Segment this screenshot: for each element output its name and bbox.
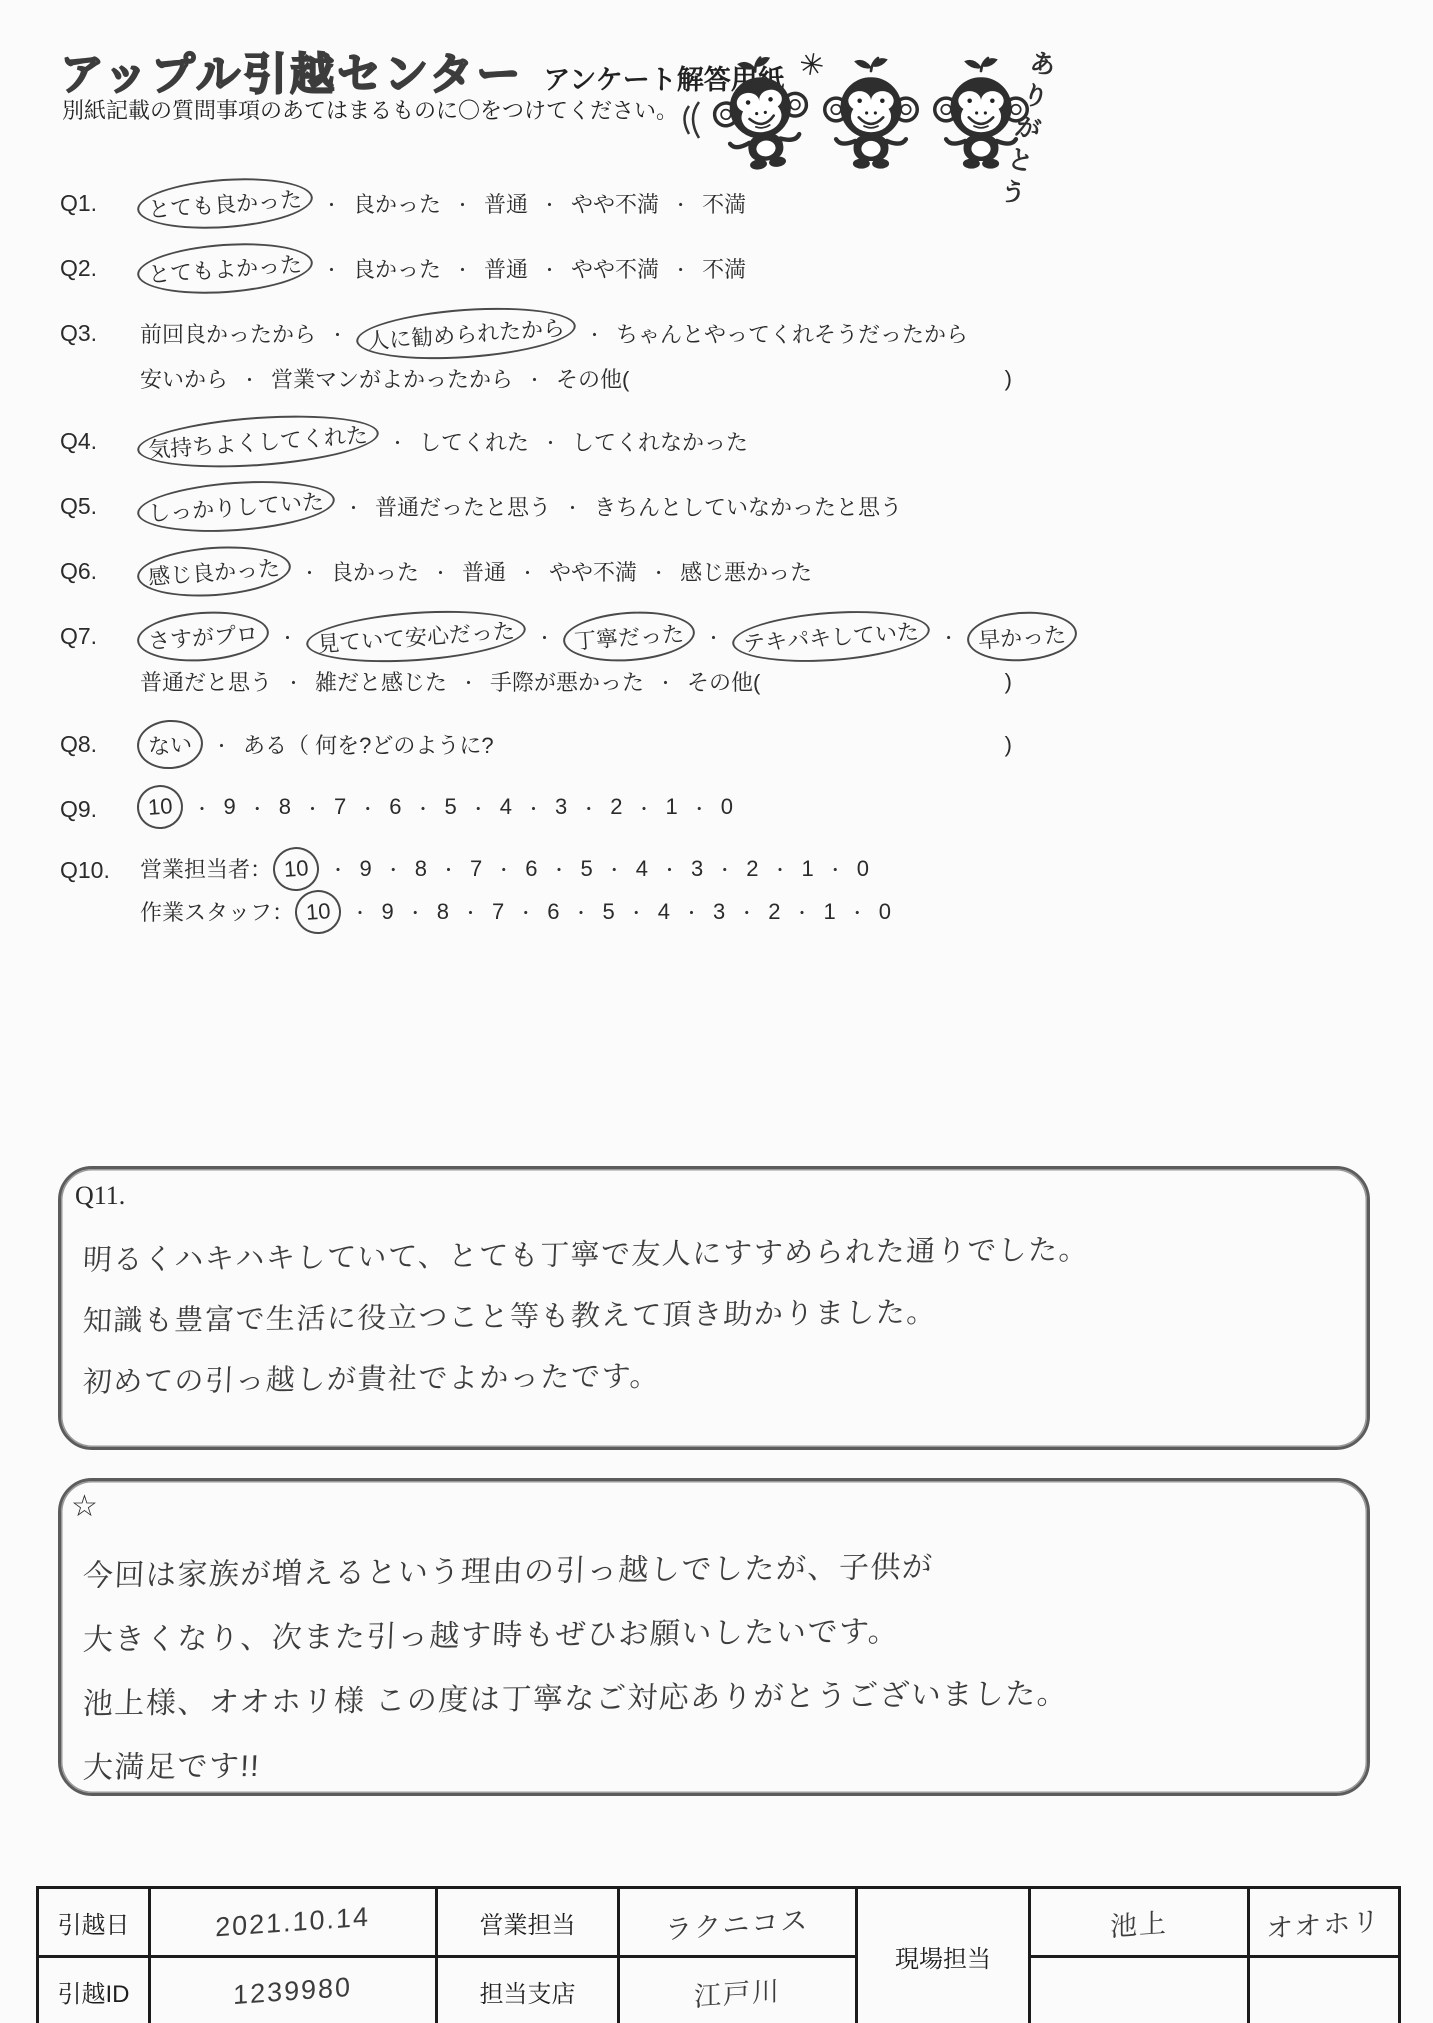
answer-option: きちんとしていなかったと思う bbox=[594, 491, 902, 522]
answer-option: 5 bbox=[581, 856, 593, 882]
question-block: Q2.とてもよかった・良かった・普通・やや不満・不満 bbox=[60, 251, 1390, 286]
option-separator: ・ bbox=[781, 899, 824, 924]
handwritten-value: ラクニコス bbox=[665, 1897, 809, 1946]
survey-sheet: アップル引越センター アンケート解答用紙 別紙記載の質問事項のあてはまるものに〇… bbox=[0, 0, 1433, 2023]
answer-option: ちゃんとやってくれそうだったから bbox=[616, 318, 968, 349]
selected-answer-option: とてもよかった bbox=[136, 238, 315, 299]
answer-option: 9 bbox=[360, 856, 372, 882]
handwritten-line: 大満足です!! bbox=[82, 1729, 1368, 1786]
answer-option: 1 bbox=[802, 856, 814, 882]
option-separator: ・ bbox=[457, 795, 500, 820]
comment-box: ☆今回は家族が増えるという理由の引っ越しでしたが、子供が大きくなり、次また引っ越… bbox=[58, 1478, 1370, 1796]
question-lines: 気持ちよくしてくれた・してくれた・してくれなかった bbox=[140, 424, 748, 459]
question-line: とても良かった・良かった・普通・やや不満・不満 bbox=[140, 186, 746, 221]
option-separator: ・ bbox=[419, 559, 462, 584]
selected-answer-option: 感じ良かった bbox=[135, 542, 292, 602]
answer-option: 3 bbox=[713, 899, 725, 925]
table-value-cell: 池上 bbox=[1030, 1888, 1249, 1957]
option-separator: ・ bbox=[648, 856, 691, 881]
option-separator: ・ bbox=[316, 321, 359, 346]
answer-option: 7 bbox=[334, 794, 346, 820]
option-separator: ・ bbox=[692, 624, 735, 649]
question-label: Q9. bbox=[60, 792, 140, 823]
answer-option: 0 bbox=[879, 899, 891, 925]
answer-option: 4 bbox=[658, 899, 670, 925]
question-line: 気持ちよくしてくれた・してくれた・してくれなかった bbox=[140, 424, 748, 459]
question-line: 安いから・営業マンがよかったから・その他() bbox=[140, 363, 1012, 394]
table-value-cell: ラクニコス bbox=[619, 1888, 857, 1957]
answer-option: その他( bbox=[687, 666, 760, 697]
questions-section: Q1.とても良かった・良かった・普通・やや不満・不満Q2.とてもよかった・良かっ… bbox=[60, 186, 1390, 957]
option-separator: ・ bbox=[523, 624, 566, 649]
selected-answer-option: 人に勧められたから bbox=[355, 301, 578, 365]
question-lines: 感じ良かった・良かった・普通・やや不満・感じ悪かった bbox=[140, 554, 812, 589]
question-block: Q6.感じ良かった・良かった・普通・やや不満・感じ悪かった bbox=[60, 554, 1390, 589]
answer-option: 9 bbox=[382, 899, 394, 925]
handwritten-value: 1239980 bbox=[234, 1971, 353, 2010]
answer-option: やや不満 bbox=[571, 188, 659, 219]
question-lines: しっかりしていた・普通だったと思う・きちんとしていなかったと思う bbox=[140, 489, 902, 524]
answer-option: 7 bbox=[492, 899, 504, 925]
answer-option: 0 bbox=[857, 856, 869, 882]
selected-answer-option: 丁寧だった bbox=[561, 607, 696, 665]
answer-option: 6 bbox=[547, 899, 559, 925]
option-separator: ・ bbox=[622, 795, 665, 820]
question-label: Q4. bbox=[60, 424, 140, 459]
table-header-cell: 引越日 bbox=[38, 1888, 150, 1957]
answer-option: 4 bbox=[500, 794, 512, 820]
motion-lines-icon bbox=[679, 98, 709, 144]
answer-option: 6 bbox=[525, 856, 537, 882]
question-block: Q1.とても良かった・良かった・普通・やや不満・不満 bbox=[60, 186, 1390, 221]
option-separator: ・ bbox=[927, 624, 970, 649]
answer-option: 1 bbox=[824, 899, 836, 925]
option-separator: ・ bbox=[394, 899, 437, 924]
question-block: Q9.10・9・8・7・6・5・4・3・2・1・0 bbox=[60, 792, 1390, 823]
answer-option: 1 bbox=[665, 794, 677, 820]
option-separator: ・ bbox=[703, 856, 746, 881]
table-value-cell bbox=[1249, 1957, 1400, 2023]
question-line: 感じ良かった・良かった・普通・やや不満・感じ悪かった bbox=[140, 554, 812, 589]
answer-option: 感じ悪かった bbox=[680, 556, 812, 587]
option-separator: ・ bbox=[529, 429, 572, 454]
table-value-cell bbox=[1030, 1957, 1249, 2023]
option-separator: ・ bbox=[427, 856, 470, 881]
option-separator: ・ bbox=[573, 321, 616, 346]
option-separator: ・ bbox=[346, 795, 389, 820]
question-label: Q3. bbox=[60, 316, 140, 394]
option-group-label: 作業スタッフ： bbox=[140, 896, 294, 927]
answer-option: 2 bbox=[768, 899, 780, 925]
selected-answer-option: テキパキしていた bbox=[731, 605, 932, 668]
option-separator: ・ bbox=[401, 795, 444, 820]
option-separator: ・ bbox=[659, 191, 702, 216]
option-separator: ・ bbox=[339, 899, 382, 924]
handwritten-value: 江戸川 bbox=[694, 1968, 781, 2013]
selected-answer-option: しっかりしていた bbox=[136, 475, 337, 538]
answer-option: 4 bbox=[636, 856, 648, 882]
question-line: とてもよかった・良かった・普通・やや不満・不満 bbox=[140, 251, 746, 286]
selected-answer-option: 10 bbox=[136, 783, 185, 830]
handwritten-value: 2021.10.14 bbox=[216, 1901, 371, 1943]
instruction-text: 別紙記載の質問事項のあてはまるものに〇をつけてください。 bbox=[62, 94, 678, 125]
answer-option: 不満 bbox=[702, 253, 746, 284]
comment-box-label: Q11. bbox=[75, 1181, 1367, 1211]
answer-option: やや不満 bbox=[549, 556, 637, 587]
option-separator: ・ bbox=[266, 624, 309, 649]
option-separator: ・ bbox=[836, 899, 879, 924]
option-separator: ・ bbox=[441, 256, 484, 281]
option-separator: ・ bbox=[272, 669, 315, 694]
selected-answer-option: 早かった bbox=[965, 608, 1078, 665]
answer-option: 普通 bbox=[462, 556, 506, 587]
table-header-cell: 現場担当 bbox=[857, 1888, 1030, 2023]
header: アップル引越センター アンケート解答用紙 bbox=[60, 38, 785, 102]
question-line: さすがプロ・見ていて安心だった・丁寧だった・テキパキしていた・早かった bbox=[140, 619, 1074, 654]
question-line: ない・ある（ 何を?どのように?) bbox=[140, 727, 1012, 762]
answer-option: 普通だったと思う bbox=[375, 491, 551, 522]
mascot-group: ✳ bbox=[695, 46, 1035, 196]
answer-option: 5 bbox=[444, 794, 456, 820]
option-separator: ・ bbox=[236, 795, 279, 820]
question-lines: とても良かった・良かった・普通・やや不満・不満 bbox=[140, 186, 746, 221]
option-separator: ・ bbox=[670, 899, 713, 924]
question-line: 前回良かったから・人に勧められたから・ちゃんとやってくれそうだったから bbox=[140, 316, 1012, 351]
question-block: Q10.営業担当者：10・9・8・7・6・5・4・3・2・1・0作業スタッフ：1… bbox=[60, 853, 1390, 927]
handwritten-line: 大きくなり、次また引っ越す時もぜひお願いしたいです。 bbox=[82, 1601, 1368, 1658]
answer-option: 営業マンがよかったから bbox=[271, 363, 513, 394]
question-lines: 10・9・8・7・6・5・4・3・2・1・0 bbox=[140, 792, 733, 823]
question-label: Q5. bbox=[60, 489, 140, 524]
question-lines: ない・ある（ 何を?どのように?) bbox=[140, 727, 1012, 762]
answer-option: やや不満 bbox=[571, 253, 659, 284]
answer-option: 3 bbox=[691, 856, 703, 882]
option-separator: ・ bbox=[310, 256, 353, 281]
comment-box-label: ☆ bbox=[71, 1489, 1367, 1524]
question-line: しっかりしていた・普通だったと思う・きちんとしていなかったと思う bbox=[140, 489, 902, 524]
answer-option: してくれなかった bbox=[572, 426, 748, 457]
question-label: Q7. bbox=[60, 619, 140, 697]
handwritten-line: 今回は家族が増えるという理由の引っ越しでしたが、子供が bbox=[82, 1537, 1368, 1594]
answer-option: 8 bbox=[415, 856, 427, 882]
brand-logo: アップル引越センター bbox=[60, 38, 523, 102]
option-separator: ・ bbox=[814, 856, 857, 881]
selected-answer-option: 10 bbox=[294, 888, 343, 935]
answer-option: 3 bbox=[555, 794, 567, 820]
answer-option: 安いから bbox=[140, 363, 228, 394]
selected-answer-option: とても良かった bbox=[136, 173, 315, 234]
option-separator: ・ bbox=[593, 856, 636, 881]
option-separator: ・ bbox=[512, 795, 555, 820]
question-block: Q3.前回良かったから・人に勧められたから・ちゃんとやってくれそうだったから安い… bbox=[60, 316, 1390, 394]
option-separator: ・ bbox=[180, 795, 223, 820]
closing-paren: ) bbox=[1005, 366, 1012, 392]
question-line: 10・9・8・7・6・5・4・3・2・1・0 bbox=[140, 792, 733, 822]
table-value-cell: 江戸川 bbox=[619, 1957, 857, 2023]
option-separator: ・ bbox=[637, 559, 680, 584]
answer-option: 9 bbox=[223, 794, 235, 820]
answer-option: 普通 bbox=[484, 188, 528, 219]
selected-answer-option: 気持ちよくしてくれた bbox=[136, 409, 381, 475]
table-value-cell: 1239980 bbox=[150, 1957, 437, 2023]
option-separator: ・ bbox=[528, 256, 571, 281]
handwritten-line: 池上様、オオホリ様 この度は丁寧なご対応ありがとうございました。 bbox=[82, 1665, 1368, 1722]
table-row: 引越日2021.10.14営業担当ラクニコス現場担当池上オオホリ bbox=[38, 1888, 1400, 1957]
question-block: Q8.ない・ある（ 何を?どのように?) bbox=[60, 727, 1390, 762]
footer-table: 引越日2021.10.14営業担当ラクニコス現場担当池上オオホリ引越ID1239… bbox=[36, 1886, 1401, 2023]
handwritten-line: 知識も豊富で生活に役立つこと等も教えて頂き助かりました。 bbox=[82, 1285, 1368, 1339]
question-label: Q1. bbox=[60, 186, 140, 221]
table-header-cell: 担当支店 bbox=[437, 1957, 619, 2023]
answer-option: 良かった bbox=[353, 188, 441, 219]
answer-option: 普通だと思う bbox=[140, 666, 272, 697]
question-label: Q10. bbox=[60, 853, 140, 927]
answer-option: 5 bbox=[603, 899, 615, 925]
question-lines: とてもよかった・良かった・普通・やや不満・不満 bbox=[140, 251, 746, 286]
selected-answer-option: ない bbox=[135, 718, 204, 771]
option-separator: ・ bbox=[441, 191, 484, 216]
option-separator: ・ bbox=[659, 256, 702, 281]
table-value-cell: 2021.10.14 bbox=[150, 1888, 437, 1957]
answer-option: 手際が悪かった bbox=[490, 666, 644, 697]
option-separator: ・ bbox=[560, 899, 603, 924]
option-separator: ・ bbox=[513, 366, 556, 391]
option-separator: ・ bbox=[538, 856, 581, 881]
question-label: Q2. bbox=[60, 251, 140, 286]
option-separator: ・ bbox=[759, 856, 802, 881]
question-block: Q4.気持ちよくしてくれた・してくれた・してくれなかった bbox=[60, 424, 1390, 459]
answer-option: 普通 bbox=[484, 253, 528, 284]
option-separator: ・ bbox=[332, 494, 375, 519]
option-separator: ・ bbox=[504, 899, 547, 924]
option-separator: ・ bbox=[449, 899, 492, 924]
option-separator: ・ bbox=[317, 856, 360, 881]
selected-answer-option: さすがプロ bbox=[135, 607, 270, 665]
handwritten-line: 明るくハキハキしていて、とても丁寧で友人にすすめられた通りでした。 bbox=[82, 1224, 1368, 1278]
table-header-cell: 引越ID bbox=[38, 1957, 150, 2023]
option-separator: ・ bbox=[506, 559, 549, 584]
monkey-mascot-icon bbox=[823, 46, 919, 180]
option-separator: ・ bbox=[310, 191, 353, 216]
answer-option: 不満 bbox=[702, 188, 746, 219]
option-separator: ・ bbox=[678, 795, 721, 820]
option-separator: ・ bbox=[528, 191, 571, 216]
answer-option: してくれた bbox=[419, 426, 529, 457]
option-separator: ・ bbox=[447, 669, 490, 694]
question-label: Q8. bbox=[60, 727, 140, 762]
option-separator: ・ bbox=[288, 559, 331, 584]
option-separator: ・ bbox=[725, 899, 768, 924]
answer-option: 良かった bbox=[331, 556, 419, 587]
option-separator: ・ bbox=[615, 899, 658, 924]
question-lines: さすがプロ・見ていて安心だった・丁寧だった・テキパキしていた・早かった普通だと思… bbox=[140, 619, 1074, 697]
answer-option: 8 bbox=[279, 794, 291, 820]
selected-answer-option: 見ていて安心だった bbox=[305, 604, 528, 668]
option-separator: ・ bbox=[228, 366, 271, 391]
closing-paren: ) bbox=[1005, 732, 1012, 758]
answer-option: 良かった bbox=[353, 253, 441, 284]
option-separator: ・ bbox=[644, 669, 687, 694]
question-line: 営業担当者：10・9・8・7・6・5・4・3・2・1・0 bbox=[140, 853, 891, 884]
answer-option: 8 bbox=[437, 899, 449, 925]
option-separator: ・ bbox=[567, 795, 610, 820]
answer-option: 前回良かったから bbox=[140, 318, 316, 349]
answer-option: 7 bbox=[470, 856, 482, 882]
option-separator: ・ bbox=[376, 429, 419, 454]
question-line: 普通だと思う・雑だと感じた・手際が悪かった・その他() bbox=[140, 666, 1012, 697]
answer-option: ある（ 何を?どのように? bbox=[243, 729, 494, 760]
answer-option: 6 bbox=[389, 794, 401, 820]
handwritten-value: 池上 bbox=[1110, 1900, 1168, 1943]
question-line: 作業スタッフ：10・9・8・7・6・5・4・3・2・1・0 bbox=[140, 896, 891, 927]
question-block: Q5.しっかりしていた・普通だったと思う・きちんとしていなかったと思う bbox=[60, 489, 1390, 524]
option-separator: ・ bbox=[551, 494, 594, 519]
table-value-cell: オオホリ bbox=[1249, 1888, 1400, 1957]
option-separator: ・ bbox=[482, 856, 525, 881]
answer-option: 2 bbox=[610, 794, 622, 820]
question-label: Q6. bbox=[60, 554, 140, 589]
handwritten-line: 初めての引っ越しが貴社でよかったです。 bbox=[82, 1346, 1368, 1400]
comment-box: Q11.明るくハキハキしていて、とても丁寧で友人にすすめられた通りでした。知識も… bbox=[58, 1166, 1370, 1450]
option-group-label: 営業担当者： bbox=[140, 853, 272, 884]
closing-paren: ) bbox=[1005, 669, 1012, 695]
answer-option: 2 bbox=[746, 856, 758, 882]
question-lines: 営業担当者：10・9・8・7・6・5・4・3・2・1・0作業スタッフ：10・9・… bbox=[140, 853, 891, 927]
table-row: 引越ID1239980担当支店江戸川 bbox=[38, 1957, 1400, 2023]
selected-answer-option: 10 bbox=[272, 845, 321, 892]
option-separator: ・ bbox=[372, 856, 415, 881]
table-header-cell: 営業担当 bbox=[437, 1888, 619, 1957]
handwritten-value: オオホリ bbox=[1267, 1898, 1382, 1945]
answer-option: 0 bbox=[721, 794, 733, 820]
option-separator: ・ bbox=[291, 795, 334, 820]
answer-option: その他( bbox=[556, 363, 629, 394]
answer-option: 雑だと感じた bbox=[315, 666, 447, 697]
question-lines: 前回良かったから・人に勧められたから・ちゃんとやってくれそうだったから安いから・… bbox=[140, 316, 1012, 394]
option-separator: ・ bbox=[200, 732, 243, 757]
question-block: Q7.さすがプロ・見ていて安心だった・丁寧だった・テキパキしていた・早かった普通… bbox=[60, 619, 1390, 697]
